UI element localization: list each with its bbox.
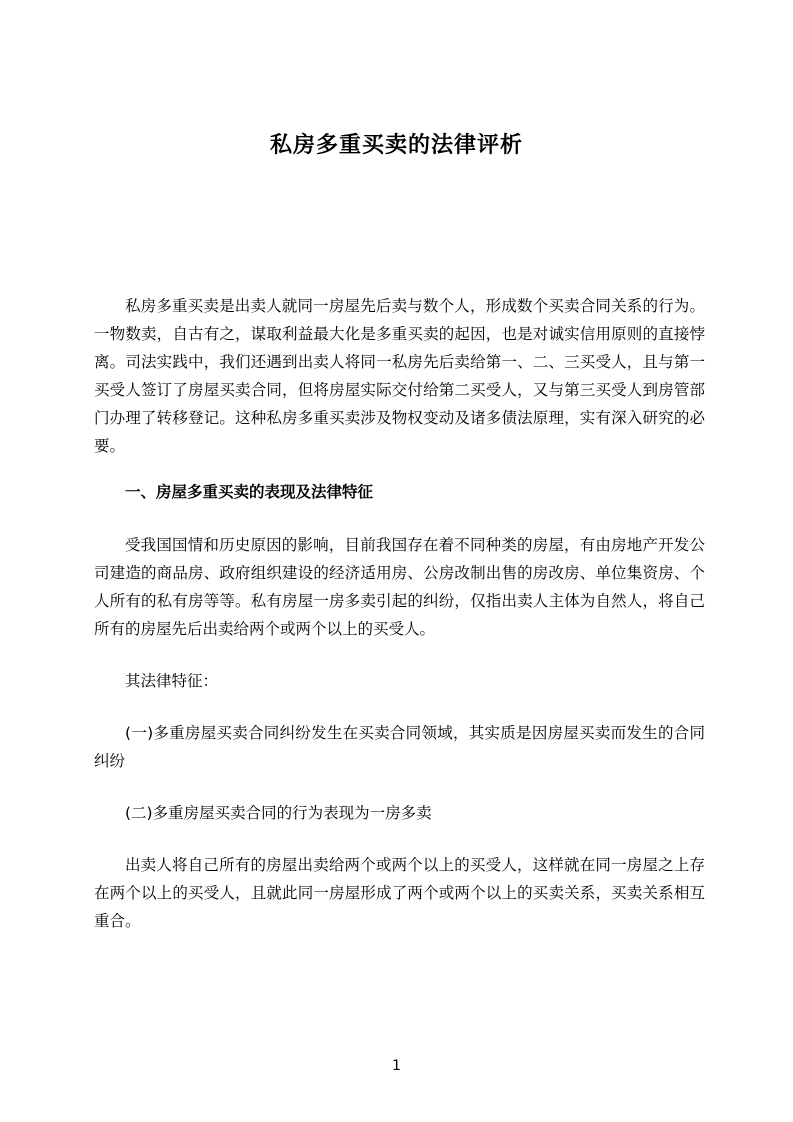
document-title: 私房多重买卖的法律评析 (0, 0, 793, 162)
feature2-paragraph: 出卖人将自己所有的房屋出卖给两个或两个以上的买受人，这样就在同一房屋之上存在两个… (94, 851, 705, 935)
feature1-heading: (一)多重房屋买卖合同纠纷发生在买卖合同领域，其实质是因房屋买卖而发生的合同纠纷 (94, 719, 705, 775)
section-heading: 一、房屋多重买卖的表现及法律特征 (94, 478, 705, 506)
document-page: 私房多重买卖的法律评析 私房多重买卖是出卖人就同一房屋先后卖与数个人，形成数个买… (0, 0, 793, 1122)
page-number: 1 (0, 1056, 793, 1076)
features-label: 其法律特征： (94, 667, 705, 695)
feature2-heading: (二)多重房屋买卖合同的行为表现为一房多卖 (94, 799, 705, 827)
section-overview-paragraph: 受我国国情和历史原因的影响，目前我国存在着不同种类的房屋，有由房地产开发公司建造… (94, 531, 705, 643)
intro-paragraph: 私房多重买卖是出卖人就同一房屋先后卖与数个人，形成数个买卖合同关系的行为。一物数… (94, 292, 705, 460)
